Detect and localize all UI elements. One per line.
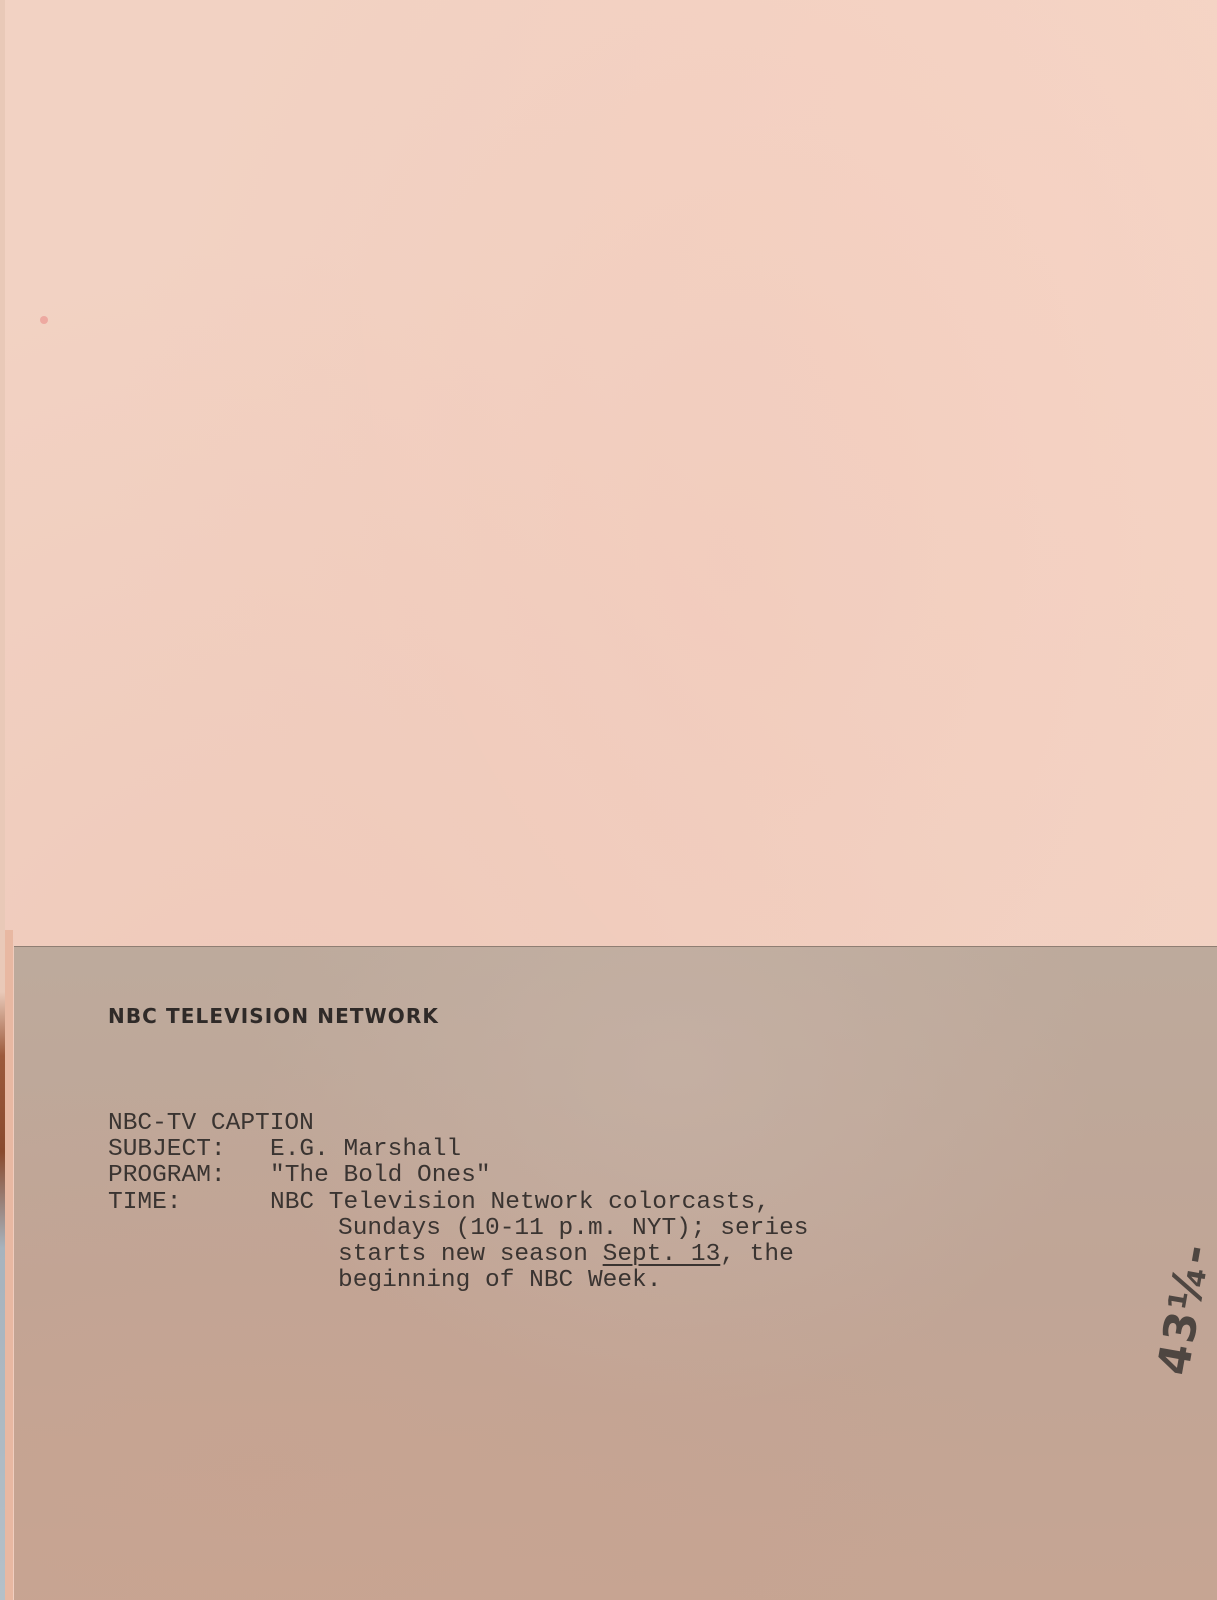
stain-mark [40, 316, 48, 324]
handwritten-note: 43¼- [1148, 1239, 1217, 1379]
subject-value: E.G. Marshall [270, 1137, 461, 1163]
program-label: PROGRAM: [108, 1163, 226, 1189]
network-header: NBC TELEVISION NETWORK [108, 1004, 439, 1028]
time-line-4: beginning of NBC Week. [338, 1268, 661, 1294]
caption-sheet: NBC TELEVISION NETWORK NBC-TV CAPTION SU… [14, 946, 1217, 1600]
time-line-2: Sundays (10-11 p.m. NYT); series [338, 1216, 808, 1242]
program-value: "The Bold Ones" [270, 1163, 491, 1189]
left-edge-inner-strip [5, 930, 13, 1600]
caption-title: NBC-TV CAPTION [108, 1111, 314, 1137]
season-start-date: Sept. 13 [603, 1241, 721, 1268]
subject-label: SUBJECT: [108, 1137, 226, 1163]
time-line-3-before: starts new season [338, 1241, 603, 1268]
time-line-3-after: , the [720, 1241, 794, 1268]
time-label: TIME: [108, 1190, 182, 1216]
handwritten-note-area: 43¼- [1130, 1200, 1217, 1380]
time-line-3: starts new season Sept. 13, the [338, 1242, 794, 1268]
time-line-1: NBC Television Network colorcasts, [270, 1190, 770, 1216]
